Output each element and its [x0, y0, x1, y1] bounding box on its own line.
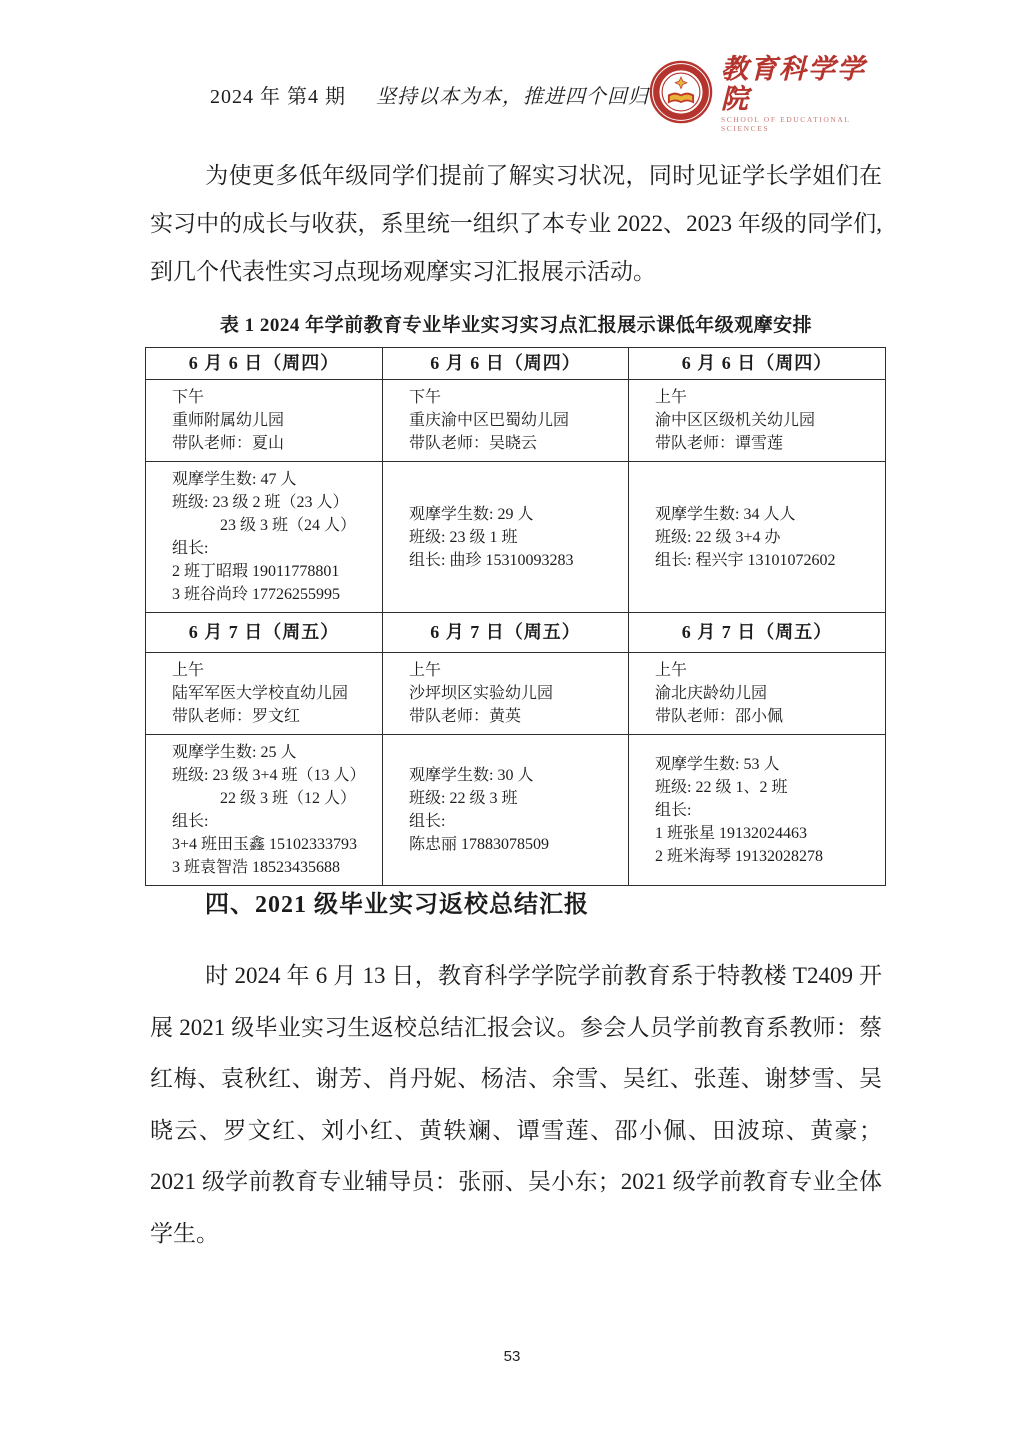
- masthead-slogan: 坚持以本为本，推进四个回归: [376, 80, 649, 109]
- table-cell: 观摩学生数: 47 人 班级: 23 级 2 班（23 人） 23 级 3 班（…: [146, 462, 383, 613]
- school-logo: 教育科学学院 SCHOOL OF EDUCATIONAL SCIENCES: [649, 55, 894, 133]
- table-row: 上午 陆军军医大学校直幼儿园 带队老师：罗文红 上午 沙坪坝区实验幼儿园 带队老…: [146, 653, 886, 735]
- table-cell: 上午 渝北庆龄幼儿园 带队老师：邵小佩: [629, 653, 886, 735]
- document-page: 2024 年 第4 期 坚持以本为本，推进四个回归 教育科学学院 SCHOOL …: [0, 0, 1024, 1448]
- table-cell: 观摩学生数: 34 人人 班级: 22 级 3+4 办 组长: 程兴宇 1310…: [629, 462, 886, 613]
- school-logo-text: 教育科学学院 SCHOOL OF EDUCATIONAL SCIENCES: [721, 55, 894, 133]
- school-emblem-icon: [649, 60, 713, 129]
- table-header-cell: 6 月 7 日（周五）: [383, 613, 629, 653]
- table-header-cell: 6 月 6 日（周四）: [629, 348, 886, 380]
- table-cell: 上午 陆军军医大学校直幼儿园 带队老师：罗文红: [146, 653, 383, 735]
- issue-info: 2024 年 第4 期: [210, 80, 346, 109]
- table-header-cell: 6 月 6 日（周四）: [146, 348, 383, 380]
- table-cell: 上午 渝中区区级机关幼儿园 带队老师：谭雪莲: [629, 380, 886, 462]
- intro-paragraph: 为使更多低年级同学们提前了解实习状况，同时见证学长学姐们在实习中的成长与收获，系…: [150, 152, 882, 296]
- observation-schedule-table: 6 月 6 日（周四） 6 月 6 日（周四） 6 月 6 日（周四） 下午 重…: [145, 347, 886, 886]
- table-cell: 上午 沙坪坝区实验幼儿园 带队老师：黄英: [383, 653, 629, 735]
- section-heading: 四、2021 级毕业实习返校总结汇报: [205, 884, 589, 919]
- table-header-cell: 6 月 7 日（周五）: [629, 613, 886, 653]
- page-number: 53: [0, 1348, 1024, 1365]
- table-row: 6 月 6 日（周四） 6 月 6 日（周四） 6 月 6 日（周四）: [146, 348, 886, 380]
- table-cell: 观摩学生数: 53 人 班级: 22 级 1、2 班 组长: 1 班张星 191…: [629, 735, 886, 886]
- masthead-text: 2024 年 第4 期 坚持以本为本，推进四个回归: [210, 80, 649, 109]
- table-row: 下午 重师附属幼儿园 带队老师：夏山 下午 重庆渝中区巴蜀幼儿园 带队老师：吴晓…: [146, 380, 886, 462]
- table-row: 观摩学生数: 47 人 班级: 23 级 2 班（23 人） 23 级 3 班（…: [146, 462, 886, 613]
- table-row: 6 月 7 日（周五） 6 月 7 日（周五） 6 月 7 日（周五）: [146, 613, 886, 653]
- table-row: 观摩学生数: 25 人 班级: 23 级 3+4 班（13 人） 22 级 3 …: [146, 735, 886, 886]
- table-header-cell: 6 月 6 日（周四）: [383, 348, 629, 380]
- table-cell: 下午 重庆渝中区巴蜀幼儿园 带队老师：吴晓云: [383, 380, 629, 462]
- school-name-english: SCHOOL OF EDUCATIONAL SCIENCES: [721, 116, 894, 133]
- table-caption: 表 1 2024 年学前教育专业毕业实习实习点汇报展示课低年级观摩安排: [150, 310, 882, 337]
- table-cell: 观摩学生数: 25 人 班级: 23 级 3+4 班（13 人） 22 级 3 …: [146, 735, 383, 886]
- table-cell: 下午 重师附属幼儿园 带队老师：夏山: [146, 380, 383, 462]
- body-paragraph: 时 2024 年 6 月 13 日，教育科学学院学前教育系于特教楼 T2409 …: [150, 950, 882, 1259]
- table-header-cell: 6 月 7 日（周五）: [146, 613, 383, 653]
- masthead: 2024 年 第4 期 坚持以本为本，推进四个回归 教育科学学院 SCHOOL …: [210, 58, 894, 130]
- table-cell: 观摩学生数: 30 人 班级: 22 级 3 班 组长: 陈忠丽 1788307…: [383, 735, 629, 886]
- school-name: 教育科学学院: [721, 55, 894, 114]
- table-cell: 观摩学生数: 29 人 班级: 23 级 1 班 组长: 曲珍 15310093…: [383, 462, 629, 613]
